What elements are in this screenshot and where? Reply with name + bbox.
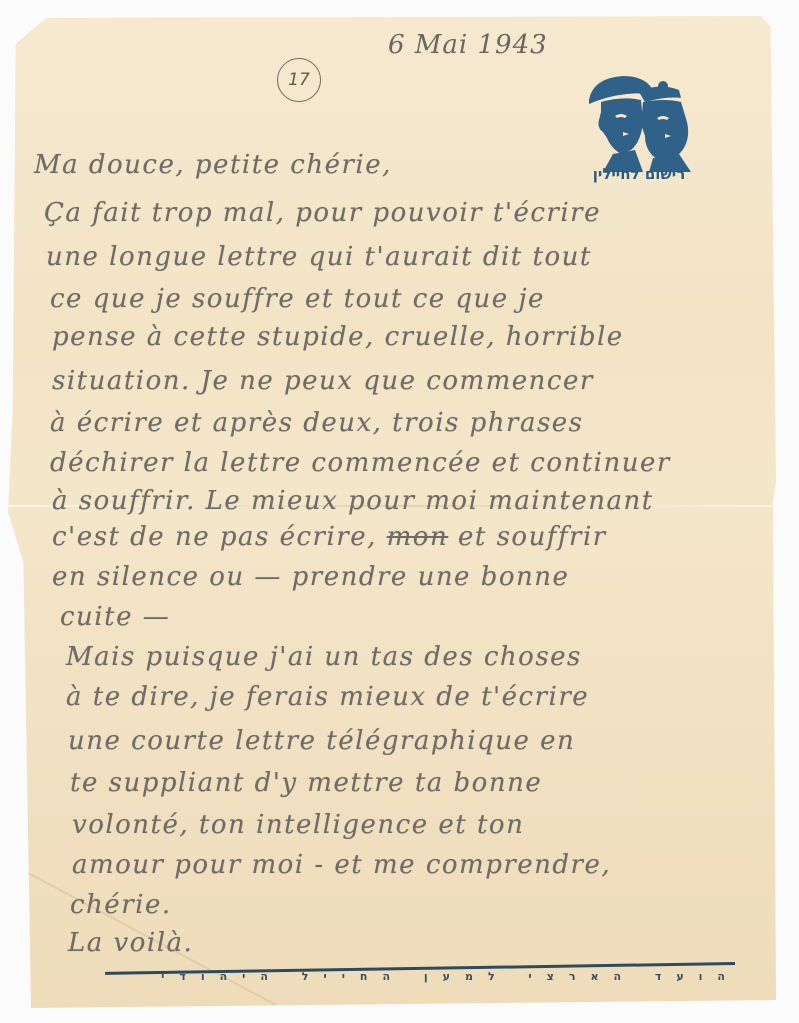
letter-line: à souffrir. Le mieux pour moi maintenant: [52, 486, 654, 516]
page-number: 17: [288, 70, 310, 90]
salutation: Ma douce, petite chérie,: [34, 150, 392, 180]
letter-line: chérie.: [70, 890, 172, 920]
letter-line: pense à cette stupide, cruelle, horrible: [52, 322, 624, 352]
letter-line: une longue lettre qui t'aurait dit tout: [46, 242, 592, 272]
letter-line-text: c'est de ne pas écrire,: [52, 522, 377, 552]
letter-line: déchirer la lettre commencée et continue…: [50, 448, 671, 478]
letter-line: en silence ou — prendre une bonne: [52, 562, 569, 592]
letter-line: c'est de ne pas écrire, mon et souffrir: [52, 522, 607, 552]
letter-line: te suppliant d'y mettre ta bonne: [70, 768, 542, 798]
letter-line: une courte lettre télégraphique en: [68, 726, 575, 756]
soldier-and-servicewoman-icon: [583, 62, 695, 182]
closing-line: La voilà.: [68, 928, 193, 958]
letter-line-suffix: et souffrir: [458, 522, 607, 552]
letter-line: à te dire, je ferais mieux de t'écrire: [66, 682, 589, 712]
letter-line: Ça fait trop mal, pour pouvoir t'écrire: [44, 198, 601, 228]
letter-line: cuite —: [60, 602, 170, 632]
letter-line: situation. Je ne peux que commencer: [52, 366, 594, 396]
page-number-circle: 17: [277, 58, 321, 102]
letter-line: à écrire et après deux, trois phrases: [50, 408, 584, 438]
letterhead-caption: רישום לחיילין: [580, 165, 698, 183]
letter-line: amour pour moi - et me comprendre,: [72, 850, 611, 880]
letter-date: 6 Mai 1943: [388, 30, 548, 60]
struck-word: mon: [387, 522, 449, 552]
letter-line: ce que je souffre et tout ce que je: [50, 284, 545, 314]
letter-line: Mais puisque j'ai un tas des choses: [66, 642, 582, 672]
letter-line: volonté, ton intelligence et ton: [72, 810, 524, 840]
letterhead-footer-text: הועד הארצי למען החייל היהודי: [100, 970, 740, 983]
